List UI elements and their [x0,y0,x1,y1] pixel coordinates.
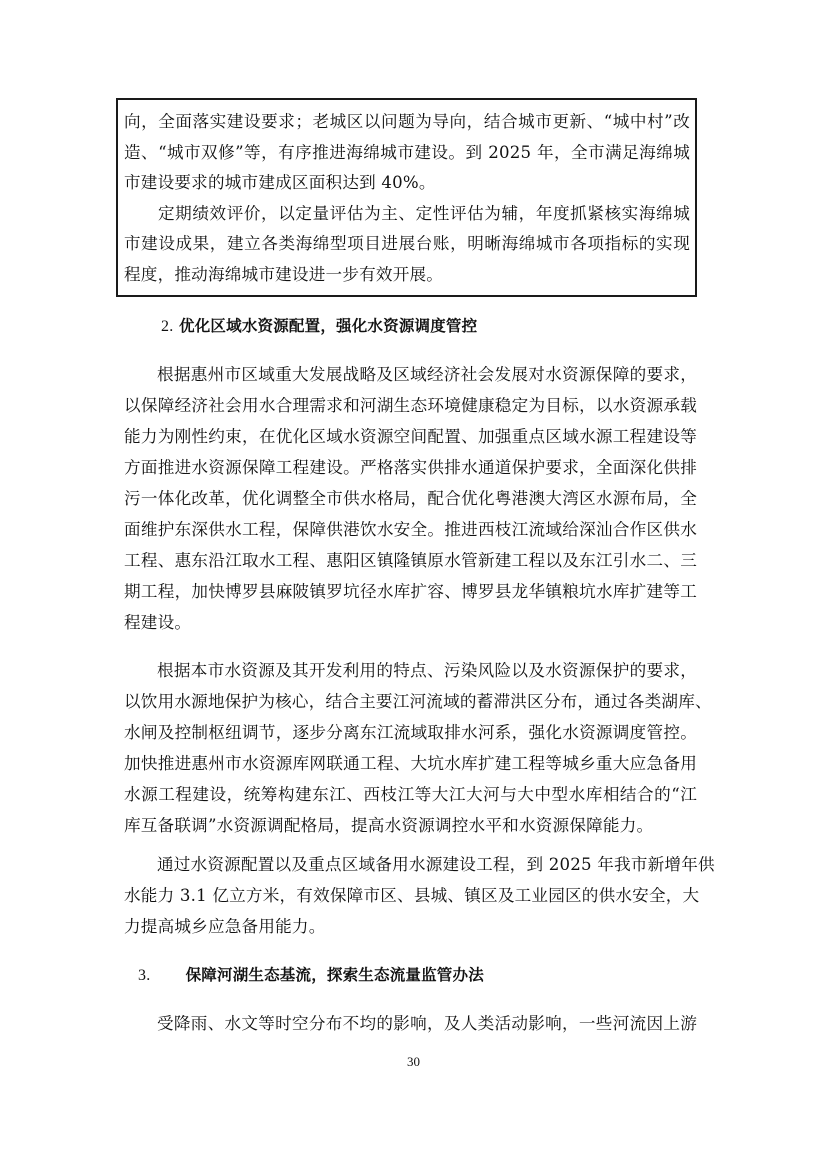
text-line: 以保障经济社会用水合理需求和河湖生态环境健康稳定为目标，以水资源承载 [124,396,697,416]
text-line: 加快推进惠州市水资源库网联通工程、大坑水库扩建工程等城乡重大应急备用 [124,754,697,774]
box-line: 程度，推动海绵城市建设进一步有效开展。 [124,265,443,285]
text-line: 库互备联调”水资源调配格局，提高水资源调控水平和水资源保障能力。 [124,816,653,836]
page-number: 30 [0,1054,827,1070]
text-line: 污一体化改革，优化调整全市供水格局，配合优化粤港澳大湾区水源布局，全 [124,489,697,509]
box-line: 向，全面落实建设要求；老城区以问题为导向，结合城市更新、“城中村”改 [124,112,690,132]
text-line: 通过水资源配置以及重点区域备用水源建设工程，到 2025 年我市新增年供 [157,855,697,875]
text-line: 能力为刚性约束，在优化区域水资源空间配置、加强重点区域水源工程建设等 [124,427,697,447]
box-line: 定期绩效评价，以定量评估为主、定性评估为辅，年度抓紧核实海绵城 [158,204,690,224]
section-2-title: 优化区域水资源配置，强化水资源调度管控 [179,317,477,335]
text-line: 水闸及控制枢纽调节，逐步分离东江流域取排水河系，强化水资源调度管控。 [124,723,697,743]
section-2-heading: 2. 优化区域水资源配置，强化水资源调度管控 [161,316,477,337]
bordered-text-box: 向，全面落实建设要求；老城区以问题为导向，结合城市更新、“城中村”改 造、“城市… [116,98,697,297]
text-line: 根据惠州市区域重大发展战略及区域经济社会发展对水资源保障的要求， [157,365,697,385]
box-line: 市建设成果，建立各类海绵型项目进展台账，明晰海绵城市各项指标的实现 [124,234,690,254]
text-line: 面维护东深供水工程，保障供港饮水安全。推进西枝江流域给深汕合作区供水 [124,520,697,540]
text-line: 水能力 3.1 亿立方米，有效保障市区、县城、镇区及工业园区的供水安全，大 [124,886,697,906]
text-line: 工程、惠东沿江取水工程、惠阳区镇隆镇原水管新建工程以及东江引水二、三 [124,551,697,571]
box-line: 造、“城市双修”等，有序推进海绵城市建设。到 2025 年，全市满足海绵城 [124,143,690,163]
text-line: 水源工程建设，统筹构建东江、西枝江等大江大河与大中型水库相结合的“江 [124,785,697,805]
text-line: 力提高城乡应急备用能力。 [124,917,326,937]
section-3-number: 3. [138,966,180,986]
text-line: 期工程，加快博罗县麻陂镇罗坑径水库扩容、博罗县龙华镇粮坑水库扩建等工 [124,582,697,602]
text-line: 程建设。 [124,613,191,633]
text-line: 受降雨、水文等时空分布不均的影响，及人类活动影响，一些河流因上游 [157,1014,697,1034]
text-line: 根据本市水资源及其开发利用的特点、污染风险以及水资源保护的要求， [157,661,697,681]
text-line: 以饮用水源地保护为核心，结合主要江河流域的蓄滞洪区分布，通过各类湖库、 [124,692,697,712]
section-3-heading: 3. 保障河湖生态基流，探索生态流量监管办法 [138,965,484,986]
text-line: 方面推进水资源保障工程建设。严格落实供排水通道保护要求，全面深化供排 [124,458,697,478]
section-3-title: 保障河湖生态基流，探索生态流量监管办法 [186,966,484,984]
section-2-number: 2. [161,318,173,335]
box-line: 市建设要求的城市建成区面积达到 40%。 [124,173,436,193]
